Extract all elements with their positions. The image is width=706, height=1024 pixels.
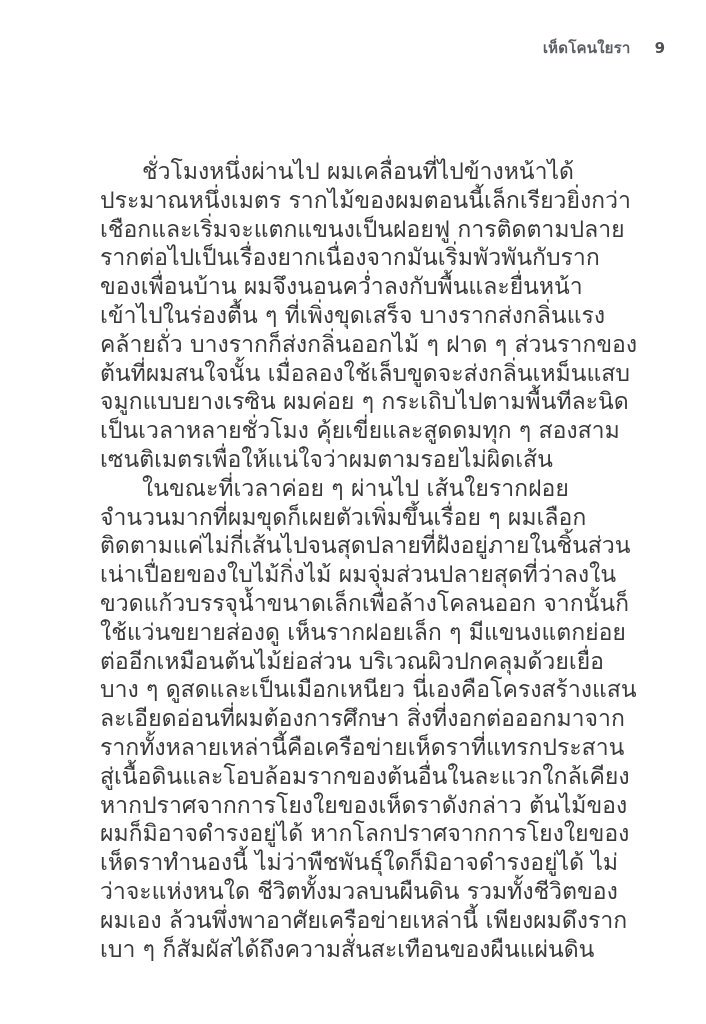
- body-text: ชั่วโมงหนึ่งผ่านไป ผมเคลื่อนที่ไปข้างหน้…: [100, 158, 638, 964]
- paragraph-1: ชั่วโมงหนึ่งผ่านไป ผมเคลื่อนที่ไปข้างหน้…: [100, 158, 638, 475]
- paragraph-2: ในขณะที่เวลาค่อย ๆ ผ่านไป เส้นใยรากฝอยจำ…: [100, 475, 638, 965]
- running-head-title: เห็ดโคนใยรา: [543, 36, 631, 60]
- running-header: เห็ดโคนใยรา 9: [0, 36, 665, 60]
- page-number: 9: [655, 39, 665, 57]
- book-page: เห็ดโคนใยรา 9 ชั่วโมงหนึ่งผ่านไป ผมเคลื่…: [0, 0, 706, 1024]
